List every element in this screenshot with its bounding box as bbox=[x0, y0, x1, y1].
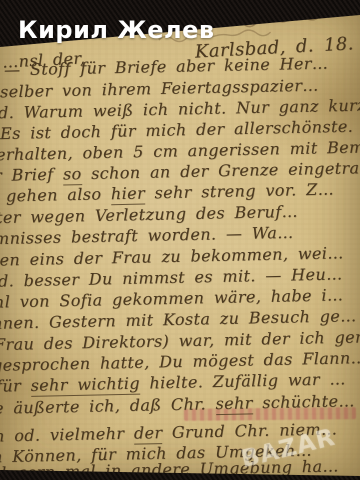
text-segment: für bbox=[0, 376, 31, 396]
underlined-word: so bbox=[63, 164, 82, 185]
text-segment: sehr streng vor. Z… bbox=[145, 180, 334, 203]
postcard-photo: …nsl der,Karlsbad, d. 18. 6. …— Stoff fü… bbox=[0, 0, 360, 480]
text-segment: e äußerte ich, daß Chr. bbox=[0, 394, 216, 418]
text-segment: gehen also bbox=[6, 184, 111, 205]
text-segment: hielte. Zufällig war … bbox=[140, 369, 346, 392]
handwriting-text: …nsl der,Karlsbad, d. 18. 6. …— Stoff fü… bbox=[0, 0, 360, 480]
underlined-word: sehr bbox=[215, 393, 253, 415]
text-segment: schüchte… bbox=[253, 391, 355, 412]
underlined-word: hier bbox=[111, 184, 146, 206]
underlined-word: sehr wichtig bbox=[30, 374, 140, 397]
underlined-word: der bbox=[134, 423, 163, 445]
text-segment: n od. vielmehr bbox=[0, 424, 134, 446]
text-segment: r Brief bbox=[0, 165, 63, 185]
seller-name-overlay: Кирил Желев bbox=[18, 16, 215, 44]
